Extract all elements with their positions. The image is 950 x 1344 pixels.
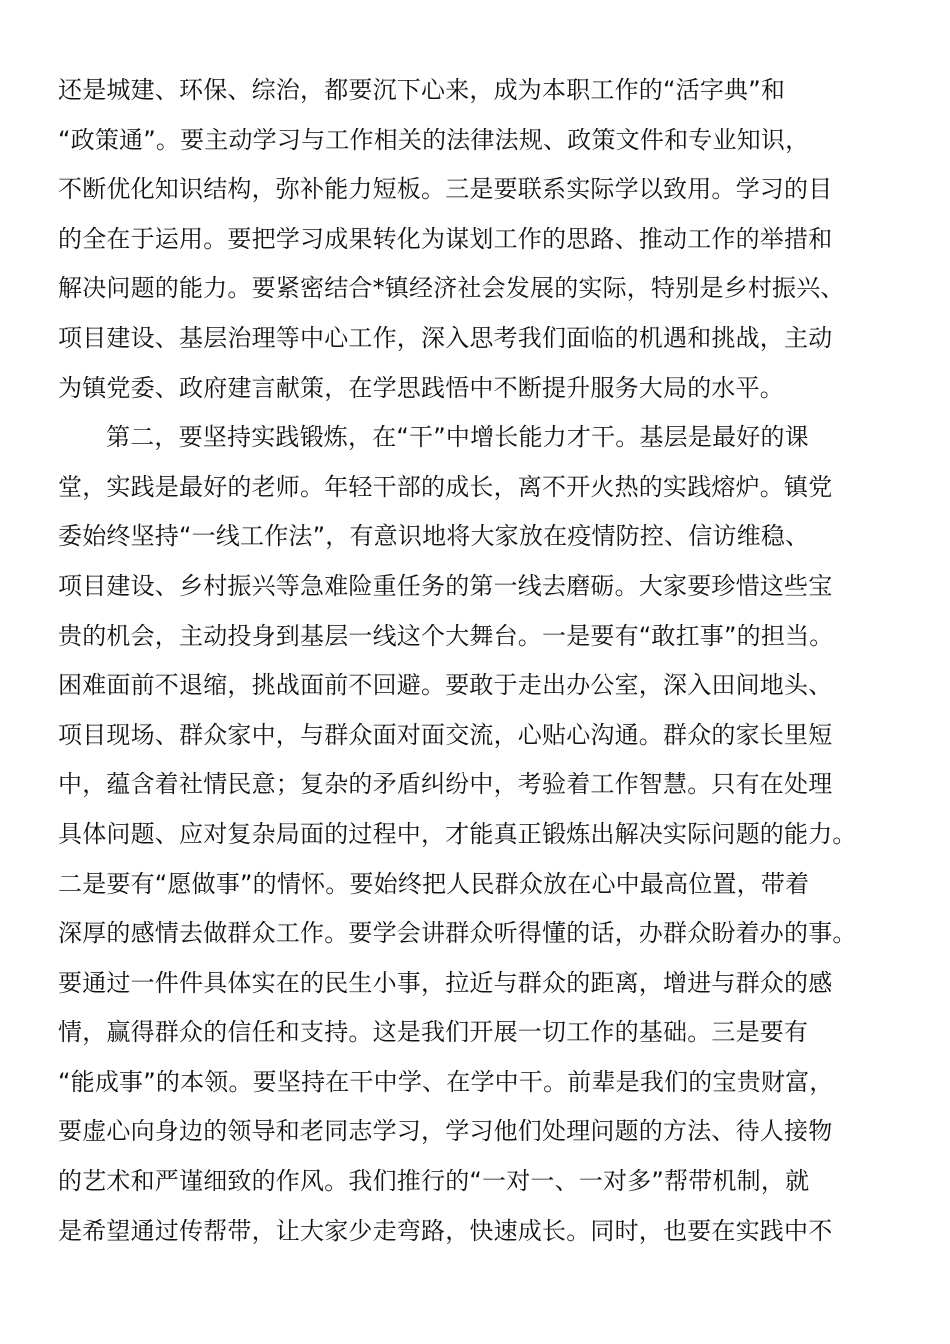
text-line: 不断优化知识结构，弥补能力短板。三是要联系实际学以致用。学习的目: [58, 169, 898, 219]
text-line: “能成事”的本领。要坚持在干中学、在学中干。前辈是我们的宝贵财富，: [58, 1062, 898, 1112]
text-line: 深厚的感情去做群众工作。要学会讲群众听得懂的话，办群众盼着办的事。: [58, 913, 898, 963]
text-line: 堂，实践是最好的老师。年轻干部的成长，离不开火热的实践熔炉。镇党: [58, 467, 898, 517]
text-line: 中，蕴含着社情民意；复杂的矛盾纠纷中，考验着工作智慧。只有在处理: [58, 764, 898, 814]
text-line: 项目建设、乡村振兴等急难险重任务的第一线去磨砺。大家要珍惜这些宝: [58, 566, 898, 616]
text-line: “政策通”。要主动学习与工作相关的法律法规、政策文件和专业知识，: [58, 120, 898, 170]
text-line: 委始终坚持“一线工作法”，有意识地将大家放在疫情防控、信访维稳、: [58, 516, 898, 566]
text-line: 贵的机会，主动投身到基层一线这个大舞台。一是要有“敢扛事”的担当。: [58, 616, 898, 666]
document-page: 还是城建、环保、综治，都要沉下心来，成为本职工作的“活字典”和 “政策通”。要主…: [58, 70, 898, 1260]
text-line: 要通过一件件具体实在的民生小事，拉近与群众的距离，增进与群众的感: [58, 963, 898, 1013]
text-line: 的艺术和严谨细致的作风。我们推行的“一对一、一对多”帮带机制，就: [58, 1161, 898, 1211]
text-line: 项目建设、基层治理等中心工作，深入思考我们面临的机遇和挑战，主动: [58, 318, 898, 368]
text-line: 项目现场、群众家中，与群众面对面交流，心贴心沟通。群众的家长里短: [58, 715, 898, 765]
text-line: 还是城建、环保、综治，都要沉下心来，成为本职工作的“活字典”和: [58, 70, 898, 120]
text-line: 要虚心向身边的领导和老同志学习，学习他们处理问题的方法、待人接物: [58, 1111, 898, 1161]
text-line: 的全在于运用。要把学习成果转化为谋划工作的思路、推动工作的举措和: [58, 219, 898, 269]
paragraph-start-line: 第二，要坚持实践锻炼，在“干”中增长能力才干。基层是最好的课: [58, 417, 898, 467]
text-line: 是希望通过传帮带，让大家少走弯路，快速成长。同时，也要在实践中不: [58, 1211, 898, 1261]
text-line: 情，赢得群众的信任和支持。这是我们开展一切工作的基础。三是要有: [58, 1012, 898, 1062]
text-line: 困难面前不退缩，挑战面前不回避。要敢于走出办公室，深入田间地头、: [58, 665, 898, 715]
text-line: 解决问题的能力。要紧密结合*镇经济社会发展的实际，特别是乡村振兴、: [58, 268, 898, 318]
text-line: 为镇党委、政府建言献策，在学思践悟中不断提升服务大局的水平。: [58, 368, 898, 418]
text-line: 具体问题、应对复杂局面的过程中，才能真正锻炼出解决实际问题的能力。: [58, 814, 898, 864]
text-line: 二是要有“愿做事”的情怀。要始终把人民群众放在心中最高位置，带着: [58, 864, 898, 914]
